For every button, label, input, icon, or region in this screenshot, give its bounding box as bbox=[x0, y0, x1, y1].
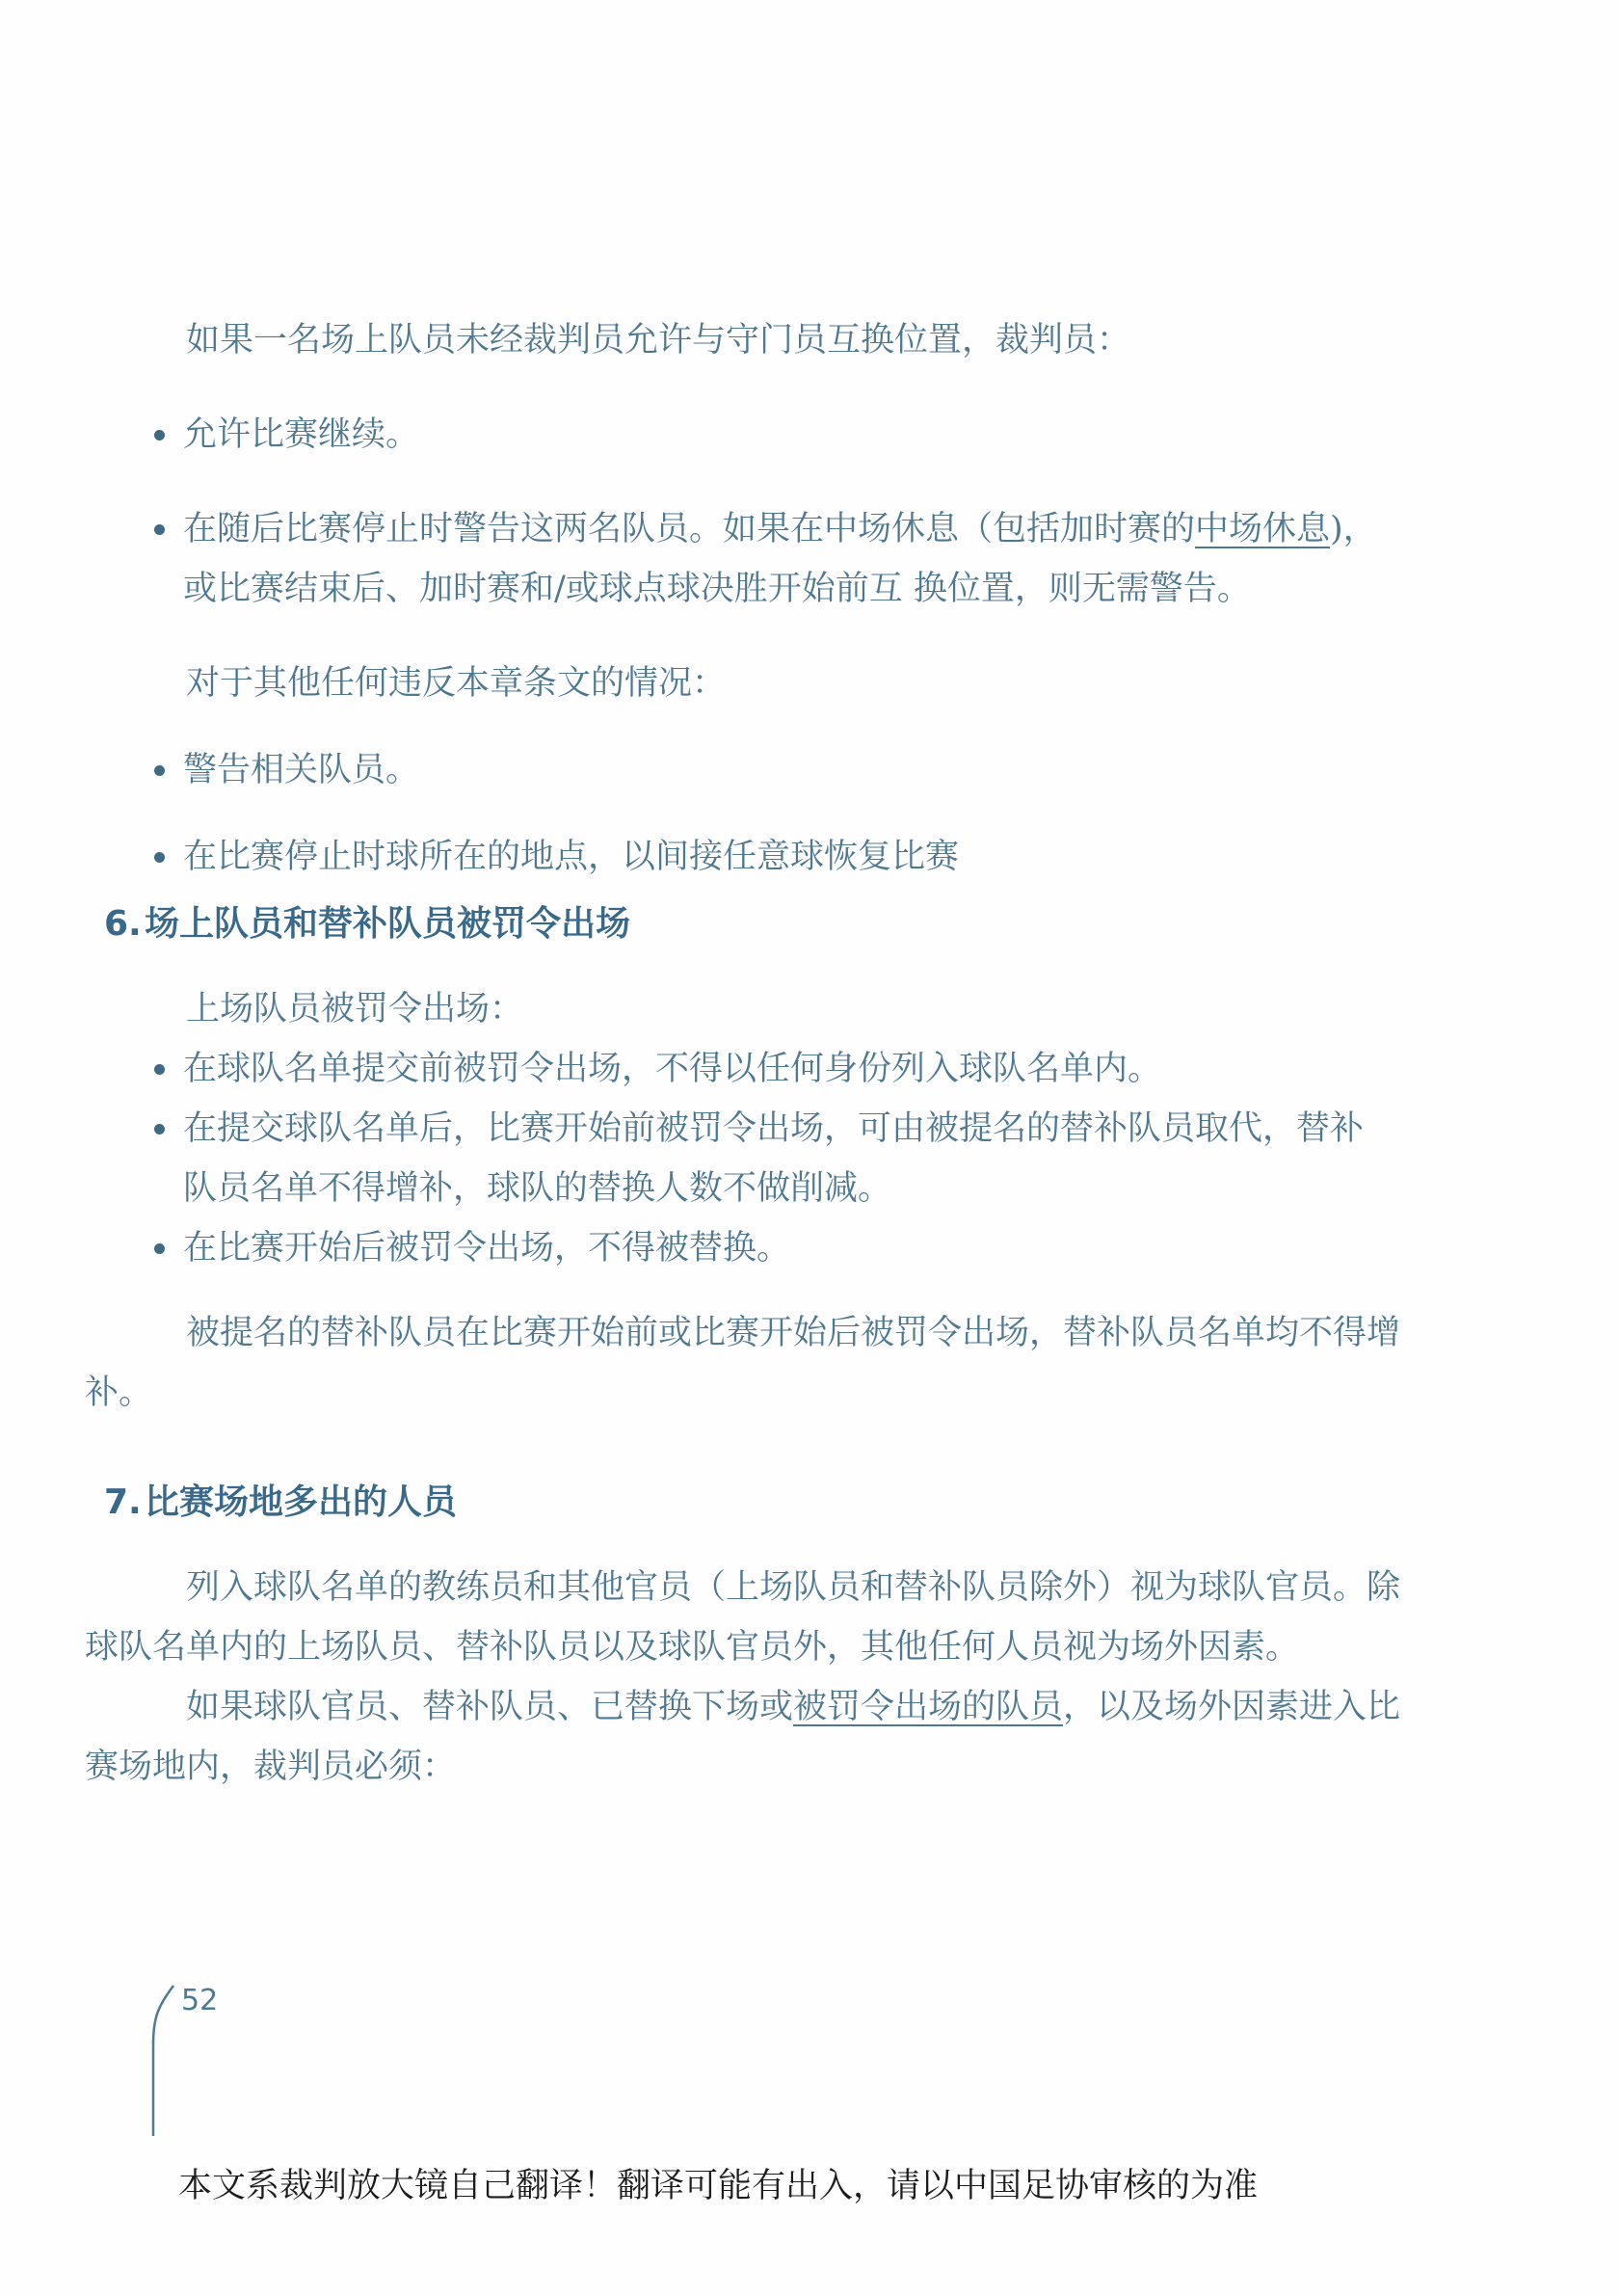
bullet-text-segment: 在随后比赛停止时警告这两名队员。如果在中场休息（包括加时赛的 bbox=[183, 510, 1195, 548]
list-item: 在比赛停止时球所在的地点，以间接任意球恢复比赛 bbox=[85, 827, 1457, 887]
other-offences-intro-paragraph: 对于其他任何违反本章条文的情况： bbox=[85, 654, 1457, 713]
section-title: 比赛场地多出的人员 bbox=[145, 1482, 457, 1522]
section-number: 7. bbox=[104, 1473, 145, 1533]
underlined-term: 被罚令出场的队员 bbox=[793, 1688, 1063, 1726]
footer-disclaimer: 本文系裁判放大镜自己翻译！翻译可能有出入，请以中国足协审核的为准 bbox=[0, 2159, 1436, 2207]
paragraph-line-segment: 赛场地内，裁判员必须： bbox=[85, 1748, 456, 1786]
bullet-text: 允许比赛继续。 bbox=[183, 405, 1457, 465]
bullet-dot-icon bbox=[154, 499, 183, 619]
bullet-dot-icon bbox=[154, 405, 183, 465]
page-number: 52 bbox=[181, 1984, 218, 2017]
document-page: 如果一名场上队员未经裁判员允许与守门员互换位置，裁判员： 允许比赛继续。 在随后… bbox=[0, 0, 1619, 2296]
paragraph-line: 补。 bbox=[85, 1374, 152, 1412]
list-item: 在球队名单提交前被罚令出场，不得以任何身份列入球队名单内。 bbox=[85, 1039, 1457, 1099]
list-item: 允许比赛继续。 bbox=[85, 405, 1457, 465]
list-item: 在随后比赛停止时警告这两名队员。如果在中场休息（包括加时赛的中场休息)，或比赛结… bbox=[85, 499, 1457, 619]
bullet-text-segment: 队员名单不得增补，球队的替换人数不做削减。 bbox=[183, 1169, 891, 1208]
section-title: 场上队员和替补队员被罚令出场 bbox=[145, 904, 630, 944]
bullet-text-segment: )， bbox=[1330, 510, 1377, 548]
section-6-heading: 6.场上队员和替补队员被罚令出场 bbox=[85, 894, 1457, 954]
section-7-heading: 7.比赛场地多出的人员 bbox=[85, 1473, 1457, 1533]
list-item: 在比赛开始后被罚令出场，不得被替换。 bbox=[85, 1218, 1457, 1278]
paragraph-line: 球队名单内的上场队员、替补队员以及球队官员外，其他任何人员视为场外因素。 bbox=[85, 1628, 1299, 1667]
bullet-text: 在提交球队名单后，比赛开始前被罚令出场，可由被提名的替补队员取代，替补队员名单不… bbox=[183, 1099, 1457, 1218]
list-item: 警告相关队员。 bbox=[85, 740, 1457, 800]
bullet-text: 警告相关队员。 bbox=[183, 740, 1457, 800]
section-6-intro-paragraph: 上场队员被罚令出场： bbox=[85, 979, 1457, 1039]
section-number: 6. bbox=[104, 894, 145, 954]
section-7-paragraph-1: 列入球队名单的教练员和其他官员（上场队员和替补队员除外）视为球队官员。除球队名单… bbox=[85, 1558, 1457, 1677]
bullet-dot-icon bbox=[154, 1218, 183, 1278]
bullet-dot-icon bbox=[154, 1099, 183, 1218]
bullet-text: 在比赛停止时球所在的地点，以间接任意球恢复比赛 bbox=[183, 827, 1457, 887]
list-item: 在提交球队名单后，比赛开始前被罚令出场，可由被提名的替补队员取代，替补队员名单不… bbox=[85, 1099, 1457, 1218]
bullet-text: 在比赛开始后被罚令出场，不得被替换。 bbox=[183, 1218, 1457, 1278]
bullet-dot-icon bbox=[154, 827, 183, 887]
paragraph-line-segment: ，以及场外因素进入比 bbox=[1063, 1688, 1400, 1726]
underlined-term: 中场休息 bbox=[1195, 510, 1330, 548]
bullet-text-segment: 在提交球队名单后，比赛开始前被罚令出场，可由被提名的替补队员取代，替补 bbox=[183, 1109, 1364, 1148]
bullet-text: 在随后比赛停止时警告这两名队员。如果在中场休息（包括加时赛的中场休息)，或比赛结… bbox=[183, 499, 1457, 619]
goalkeeper-swap-intro-paragraph: 如果一名场上队员未经裁判员允许与守门员互换位置，裁判员： bbox=[85, 310, 1457, 370]
bullet-text: 在球队名单提交前被罚令出场，不得以任何身份列入球队名单内。 bbox=[183, 1039, 1457, 1099]
bullet-dot-icon bbox=[154, 1039, 183, 1099]
section-6-closing-paragraph: 被提名的替补队员在比赛开始前或比赛开始后被罚令出场，替补队员名单均不得增补。 bbox=[85, 1303, 1457, 1423]
paragraph-line: 列入球队名单的教练员和其他官员（上场队员和替补队员除外）视为球队官员。除 bbox=[186, 1568, 1400, 1607]
bullet-dot-icon bbox=[154, 740, 183, 800]
paragraph-line-segment: 如果球队官员、替补队员、已替换下场或 bbox=[186, 1688, 793, 1726]
paragraph-line: 被提名的替补队员在比赛开始前或比赛开始后被罚令出场，替补队员名单均不得增 bbox=[186, 1314, 1400, 1352]
bullet-text-segment: 或比赛结束后、加时赛和/或球点球决胜开始前互 换位置，则无需警告。 bbox=[183, 570, 1251, 608]
document-content: 如果一名场上队员未经裁判员允许与守门员互换位置，裁判员： 允许比赛继续。 在随后… bbox=[0, 0, 1619, 1797]
section-7-paragraph-2: 如果球队官员、替补队员、已替换下场或被罚令出场的队员，以及场外因素进入比赛场地内… bbox=[85, 1677, 1457, 1797]
page-number-decorative-line bbox=[146, 1984, 179, 2138]
